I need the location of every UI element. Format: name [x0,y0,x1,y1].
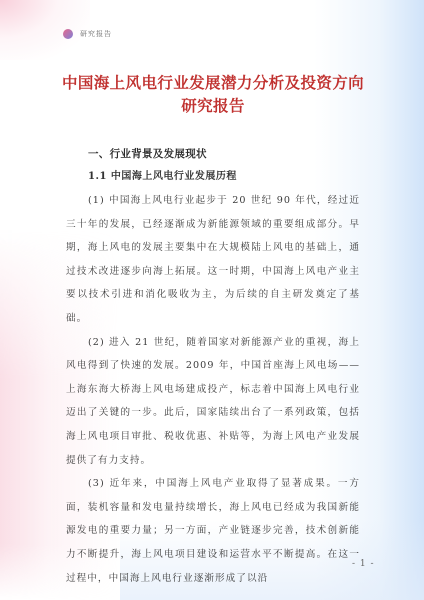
paragraph-1: (1) 中国海上风电行业起步于 20 世纪 90 年代，经过近三十年的发展，已经… [66,189,360,331]
paragraph-3: (3) 近年来，中国海上风电产业取得了显著成果。一方面，装机容量和发电量持续增长… [66,472,360,590]
page-number: - 1 - [352,559,375,569]
subsection-heading: 1.1 中国海上风电行业发展历程 [66,165,360,189]
page-header: 研究报告 [63,29,112,39]
document-body: 一、行业背景及发展现状 1.1 中国海上风电行业发展历程 (1) 中国海上风电行… [66,143,360,590]
logo-circle-icon [63,29,73,39]
header-label: 研究报告 [80,29,112,39]
section-heading: 一、行业背景及发展现状 [66,143,360,165]
paragraph-2: (2) 进入 21 世纪，随着国家对新能源产业的重视，海上风电得到了快速的发展。… [66,331,360,473]
document-title: 中国海上风电行业发展潜力分析及投资方向研究报告 [60,72,366,118]
